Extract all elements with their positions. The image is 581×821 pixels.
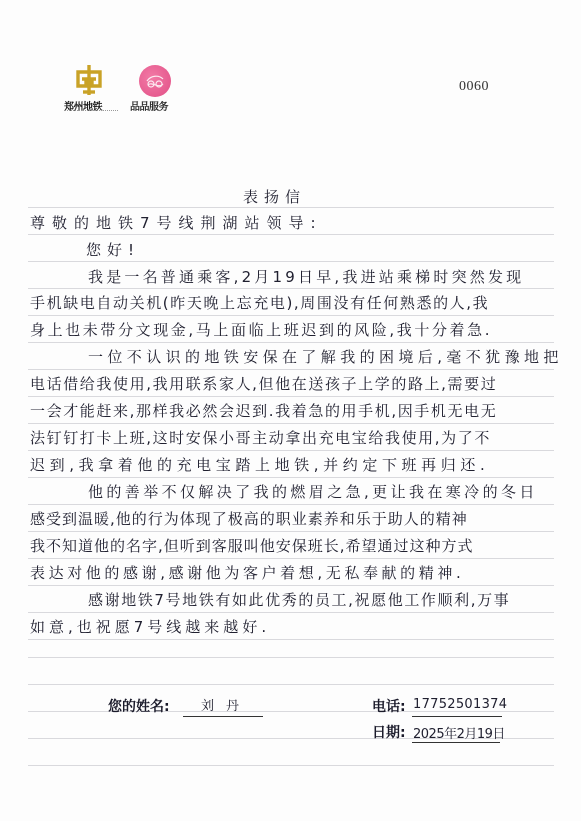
pinpin-emblem-icon xyxy=(139,65,171,97)
rule-line xyxy=(28,234,554,235)
rule-line xyxy=(28,477,554,478)
rule-line xyxy=(28,450,554,451)
name-field[interactable]: 刘丹 xyxy=(201,695,251,714)
rule-line xyxy=(28,342,554,343)
rule-line xyxy=(28,207,554,208)
letter-line: 表达对他的感谢,感谢他为客户着想,无私奉献的精神. xyxy=(30,562,464,583)
rule-line xyxy=(28,531,554,532)
rule-line xyxy=(28,288,554,289)
rule-line xyxy=(28,765,554,766)
rule-line xyxy=(28,639,554,640)
date-underline xyxy=(412,742,500,743)
zhengzhou-metro-logo: 郑州地铁 xyxy=(64,64,118,112)
letter-line: 我不知道他的名字,但听到客服叫他安保班长,希望通过这种方式 xyxy=(30,535,474,556)
rule-line xyxy=(28,612,554,613)
rule-line xyxy=(28,585,554,586)
letter-line: 感谢地铁7号地铁有如此优秀的员工,祝愿他工作顺利,万事 xyxy=(88,589,510,610)
pinpin-logo-label: 品品服务 xyxy=(130,98,168,113)
letter-salutation: 尊敬的地铁7号线荆湖站领导: xyxy=(30,212,323,233)
rule-line xyxy=(28,504,554,505)
letter-line: 感受到温暖,他的行为体现了极高的职业素养和乐于助人的精神 xyxy=(30,508,468,529)
letter-line: 我是一名普通乘客,2月19日早,我进站乘梯时突然发现 xyxy=(88,266,524,287)
serial-number: 0060 xyxy=(459,79,489,95)
rule-line xyxy=(28,396,554,397)
letter-title: 表扬信 xyxy=(243,186,306,207)
rule-line xyxy=(28,684,554,685)
rule-line xyxy=(28,423,554,424)
letter-line: 迟到,我拿着他的充电宝踏上地铁,并约定下班再归还. xyxy=(30,454,489,475)
metro-emblem-icon xyxy=(74,64,104,96)
letter-line: 法钉钉打卡上班,这时安保小哥主动拿出充电宝给我使用,为了不 xyxy=(30,427,491,448)
rule-line xyxy=(28,657,554,658)
letter-line: 他的善举不仅解决了我的燃眉之急,更让我在寒冷的冬日 xyxy=(88,481,538,502)
rule-line xyxy=(28,261,554,262)
rule-line xyxy=(28,315,554,316)
date-field[interactable]: 2025年2月19日 xyxy=(413,723,505,742)
rule-line xyxy=(28,558,554,559)
date-label: 日期: xyxy=(372,722,406,742)
metro-logo-subtext xyxy=(64,110,118,113)
letter-line: 如意,也祝愿7号线越来越好. xyxy=(30,616,270,637)
letter-line: 手机缺电自动关机(昨天晚上忘充电),周围没有任何熟悉的人,我 xyxy=(30,292,489,313)
phone-label: 电话: xyxy=(372,696,406,716)
pinpin-service-logo: 品品服务 xyxy=(128,64,186,112)
name-underline xyxy=(183,716,263,717)
letter-greeting: 您好! xyxy=(86,239,140,260)
phone-field[interactable]: 17752501374 xyxy=(413,697,507,712)
rule-line xyxy=(28,369,554,370)
letter-line: 电话借给我使用,我用联系家人,但他在送孩子上学的路上,需要过 xyxy=(30,373,497,394)
letter-line: 一位不认识的地铁安保在了解我的困境后,毫不犹豫地把 xyxy=(88,346,563,367)
letter-line: 一会才能赶来,那样我必然会迟到.我着急的用手机,因手机无电无 xyxy=(30,400,497,421)
name-label: 您的姓名: xyxy=(108,696,170,716)
phone-underline xyxy=(412,716,502,717)
letter-line: 身上也未带分文现金,马上面临上班迟到的风险,我十分着急. xyxy=(30,319,492,340)
